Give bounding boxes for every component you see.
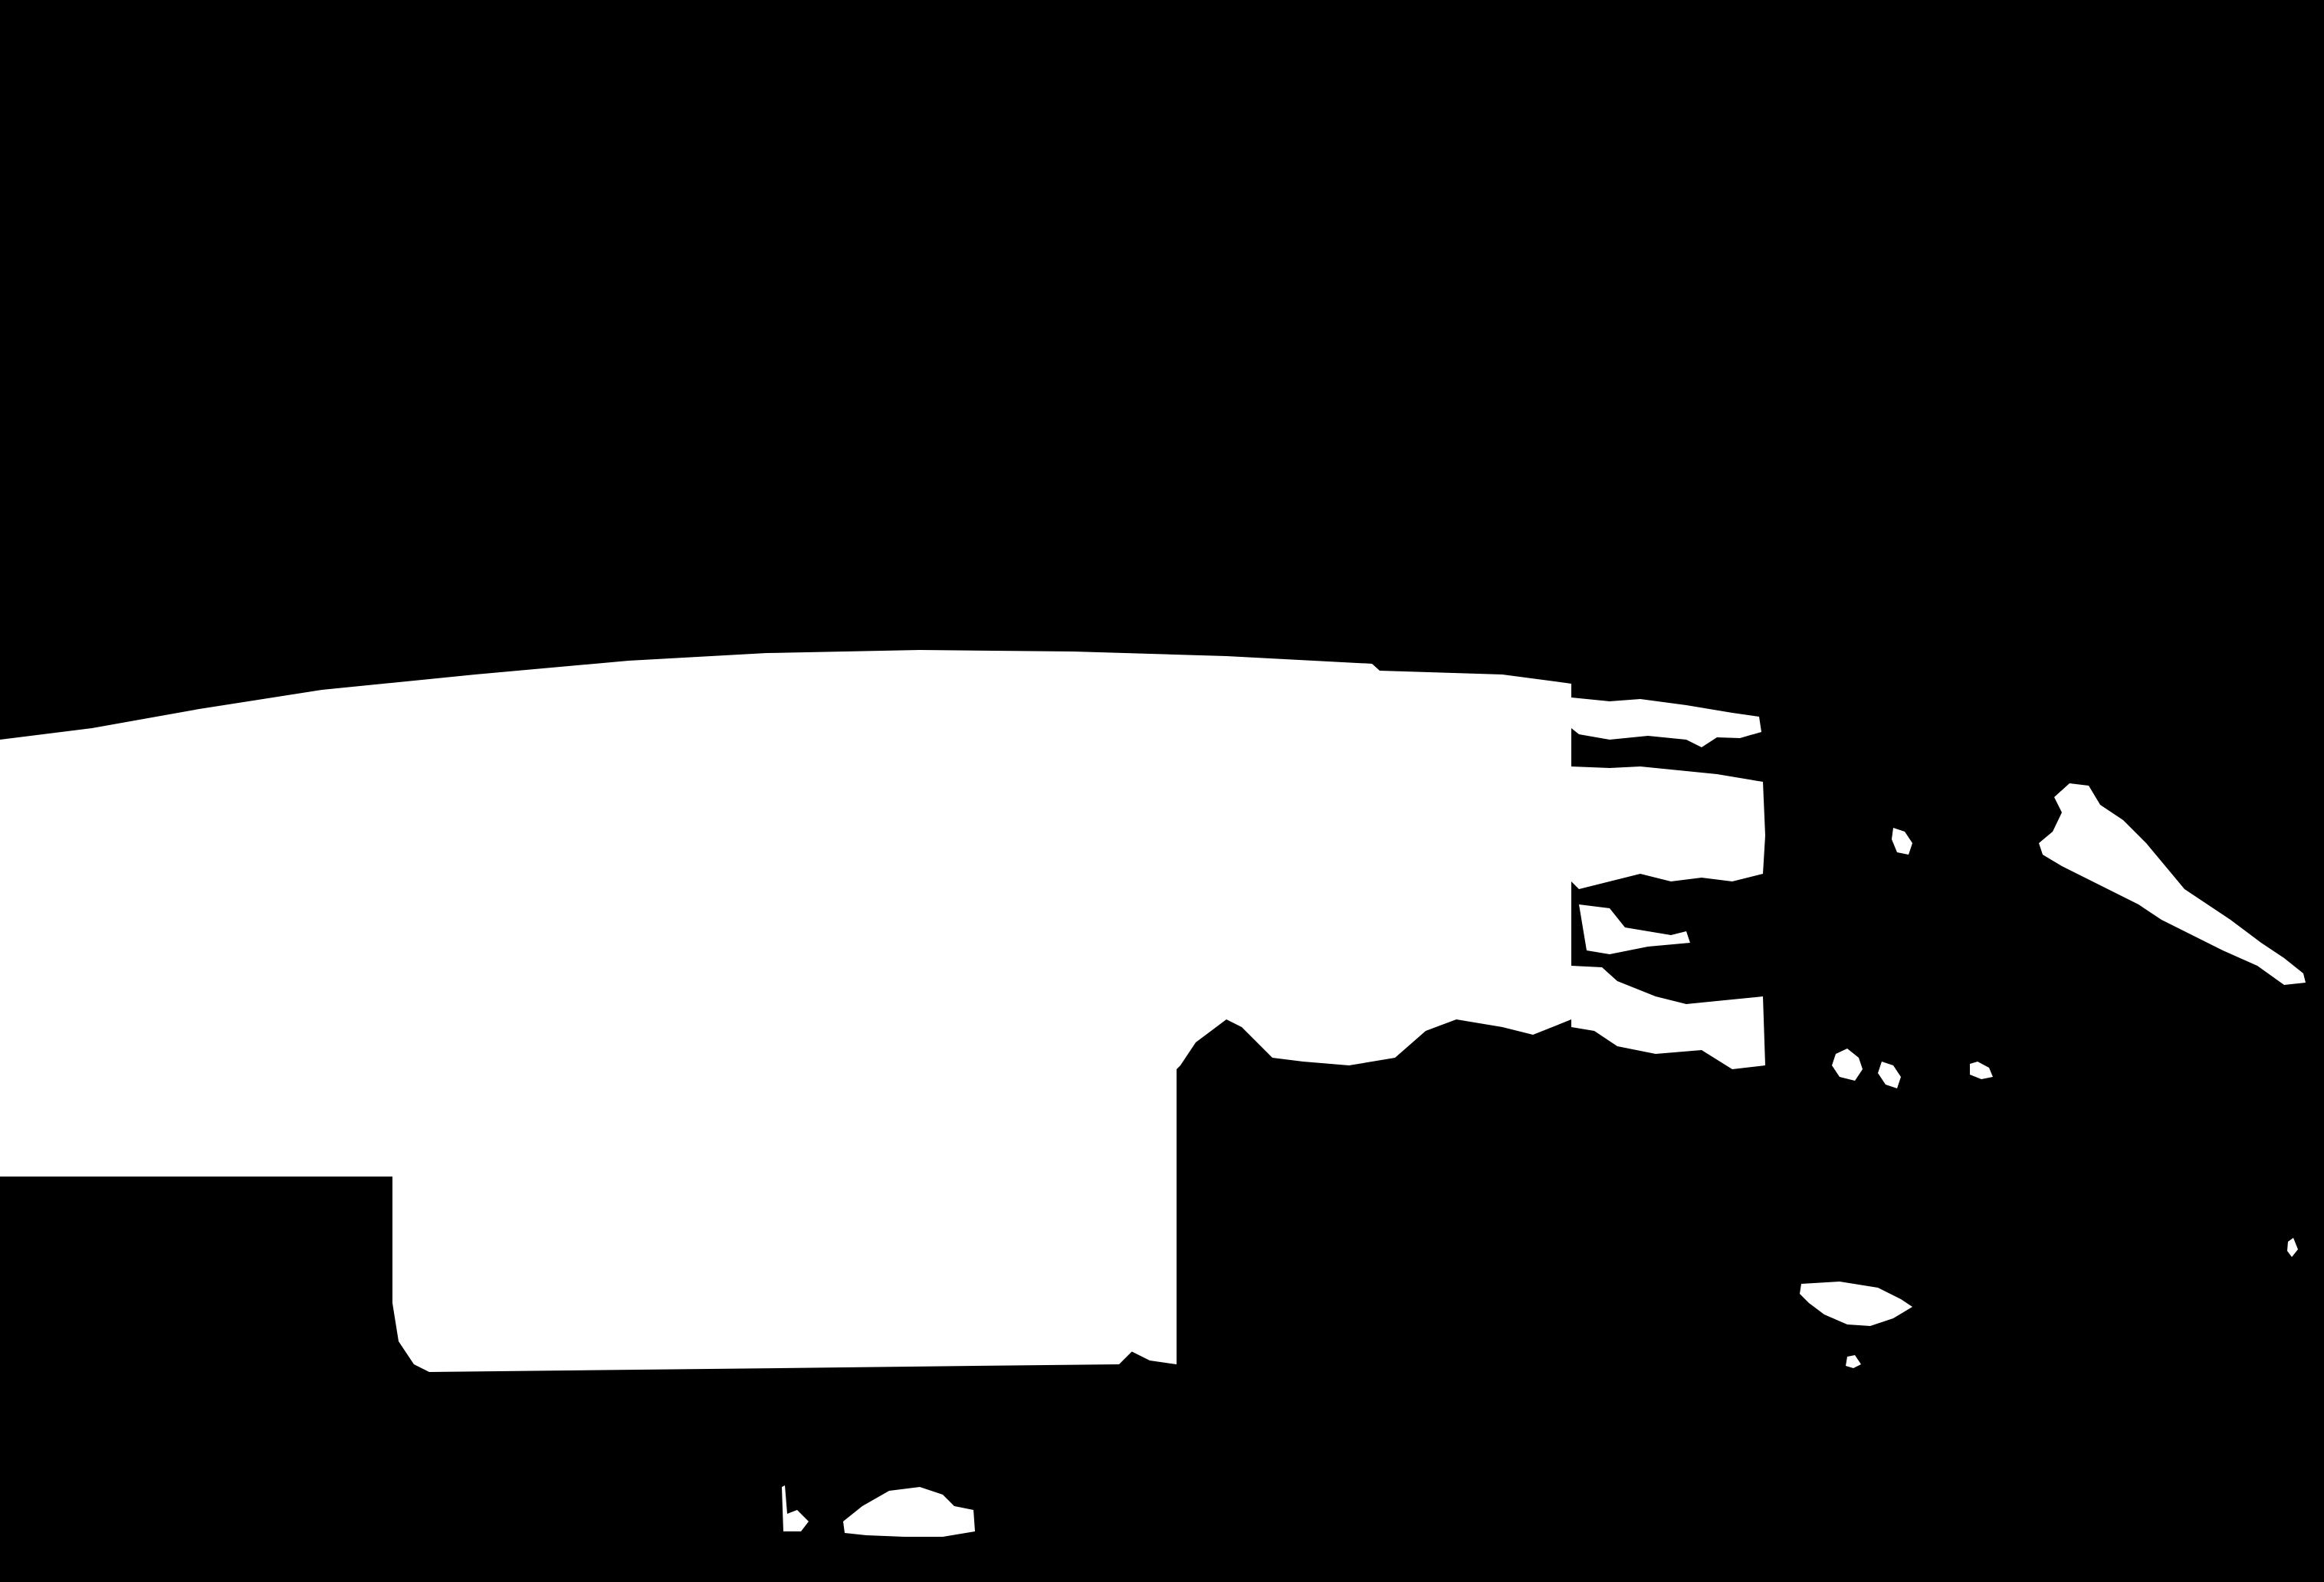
segmentation-mask	[0, 0, 2324, 1582]
mask-region-strip-mid	[1571, 766, 1765, 889]
